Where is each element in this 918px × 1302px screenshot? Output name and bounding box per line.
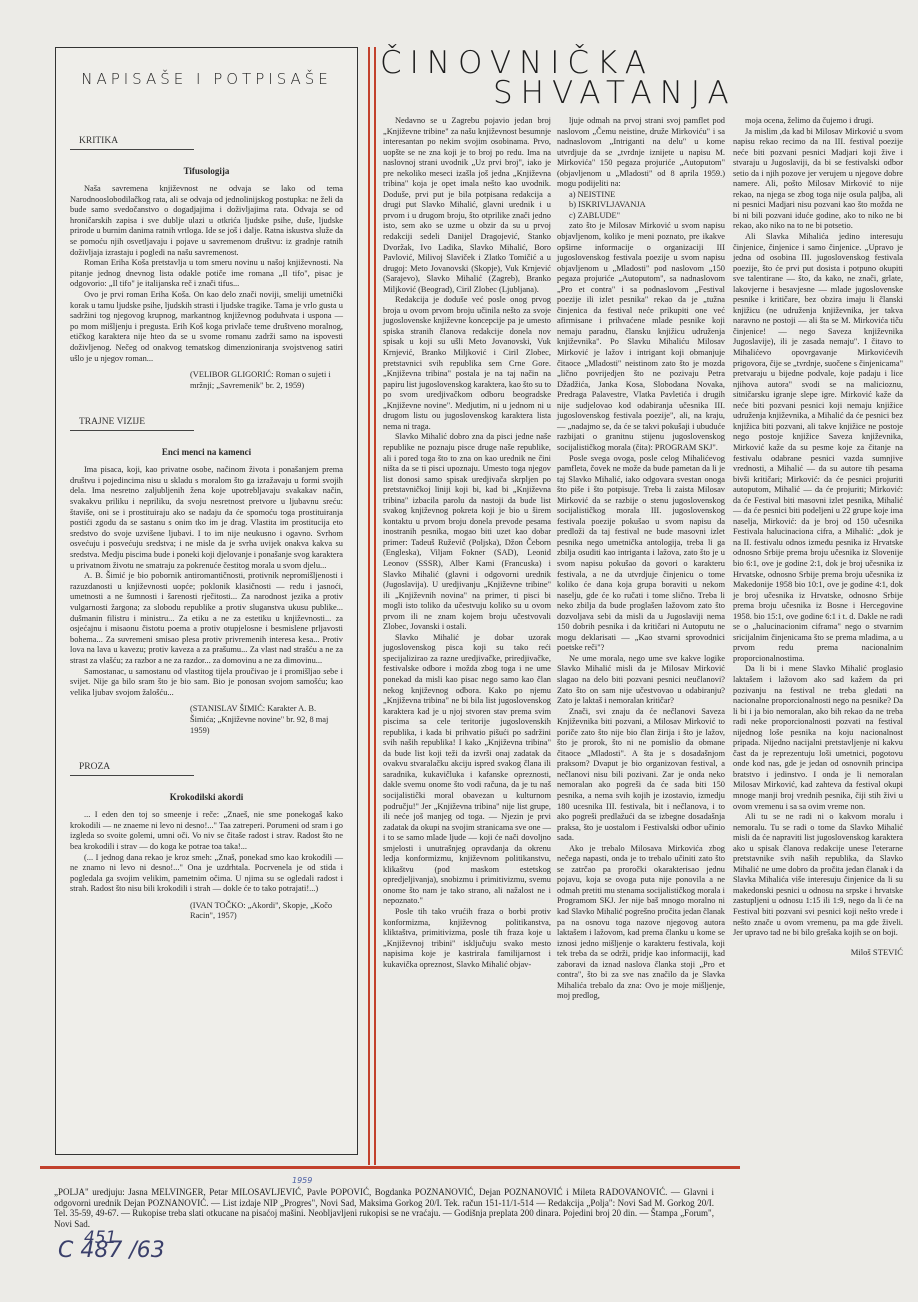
paragraph: Naša savremena književnost ne odvaja se … (70, 184, 343, 258)
paragraph: moja ocena, želimo da čujemo i drugi. (733, 116, 903, 127)
review-kritika: KRITIKA Tifusologija Naša savremena knji… (70, 136, 343, 391)
section-title: NAPISAŠE I POTPISAŠE (70, 70, 343, 88)
paragraph: Ne ume morala, nego ume sve kakve logike… (557, 654, 725, 707)
pencil-annotation: 1959 (292, 1176, 312, 1185)
citation: (STANISLAV ŠIMIĆ: Karakter A. B. Šimića;… (190, 704, 343, 736)
author-signature: Miloš STEVIĆ (733, 947, 903, 958)
red-rule-horizontal (40, 1166, 740, 1169)
section-label: TRAJNE VIZIJE (70, 417, 194, 431)
paragraph: Samostanac, u samostanu od vlastitog tij… (70, 667, 343, 699)
article-title: Krokodilski akordi (70, 792, 343, 802)
paragraph: Ali tu se ne radi ni o kakvom moralu i n… (733, 812, 903, 939)
newspaper-page: NAPISAŠE I POTPISAŠE KRITIKA Tifusologij… (0, 0, 918, 1302)
paragraph: Posle tih tako vrućih fraza o borbi prot… (383, 907, 551, 970)
handwritten-archive-number: 451 C 487 /63 (58, 1238, 165, 1263)
handwritten-number: 451 (84, 1228, 116, 1248)
paragraph: Ima pisaca, koji, kao privatne osobe, na… (70, 465, 343, 571)
article-column-1: Nedavno se u Zagrebu pojavio jedan broj … (383, 116, 551, 970)
article-column-2: ljuje odmah na prvoj strani svoj pamflet… (557, 116, 725, 1002)
list-item: b) ISKRIVLJAVANJA (557, 200, 725, 211)
paragraph: Roman Eriha Koša pretstavlja u tom smeru… (70, 258, 343, 290)
red-rule-vertical (368, 47, 370, 1165)
paragraph: Ja mislim ,da kad bi Milosav Mirković u … (733, 127, 903, 232)
paragraph: A. B. Šimić je bio pobornik antiromantič… (70, 571, 343, 666)
list-item: a) NEISTINE (557, 190, 725, 201)
paragraph: Posle svega ovoga, posle celog Mihalićev… (557, 454, 725, 654)
list-item: c) ZABLUDE" (557, 211, 725, 222)
paragraph: Redakcija je doduše već posle onog prvog… (383, 295, 551, 432)
article-title: Tifusologija (70, 166, 343, 176)
paragraph: ljuje odmah na prvoj strani svoj pamflet… (557, 116, 725, 190)
headline-line-2: SHVATANJA (380, 78, 760, 108)
paragraph: Nedavno se u Zagrebu pojavio jedan broj … (383, 116, 551, 295)
paragraph: Ako je trebalo Milosava Mirkovića zbog n… (557, 844, 725, 1002)
napisase-i-potpisase-box: NAPISAŠE I POTPISAŠE KRITIKA Tifusologij… (55, 47, 358, 1155)
paragraph: ... I eden den toj so smeenje i reče: „Z… (70, 810, 343, 852)
paragraph: Slavko Mihalić dobro zna da pisci jedne … (383, 432, 551, 632)
review-proza: PROZA Krokodilski akordi ... I eden den … (70, 762, 343, 922)
paragraph: Ovo je prvi roman Eriha Koša. On kao del… (70, 290, 343, 364)
paragraph: (... I jednog dana rekao je kroz smeh: „… (70, 853, 343, 895)
section-label: PROZA (70, 762, 194, 776)
paragraph: zato što je Milosav Mirković u svom napi… (557, 221, 725, 453)
paragraph: Ali Slavka Mihalića jedino interesuju či… (733, 232, 903, 664)
paragraph: Slavko Mihalić je dobar uzorak jugoslove… (383, 633, 551, 907)
paragraph: Da li bi i mene Slavko Mihalić proglasio… (733, 664, 903, 812)
review-trajne-vizije: TRAJNE VIZIJE Enci menci na kamenci Ima … (70, 417, 343, 736)
paragraph: Znači, svi znaju da će nečlanovi Saveza … (557, 707, 725, 844)
article-title: Enci menci na kamenci (70, 447, 343, 457)
red-rule-vertical (374, 47, 376, 1165)
headline-line-1: ČINOVNIČKA (380, 48, 760, 78)
citation: (IVAN TOČKO: „Akordi", Skopje, „Kočo Rac… (190, 901, 343, 922)
masthead-imprint: „POLJA" uredjuju: Jasna MELVINGER, Petar… (54, 1187, 714, 1229)
section-label: KRITIKA (70, 136, 194, 150)
citation: (VELIBOR GLIGORIĆ: Roman o sujeti i mržn… (190, 370, 343, 391)
article-column-3: moja ocena, želimo da čujemo i drugi. Ja… (733, 116, 903, 957)
main-headline: ČINOVNIČKA SHVATANJA (380, 48, 760, 108)
